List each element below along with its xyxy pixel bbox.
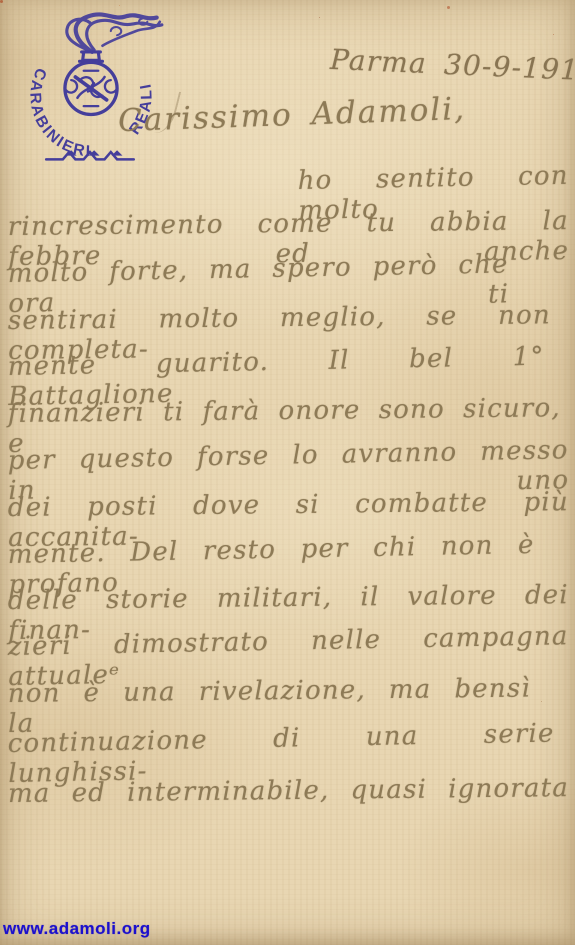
dateline: Parma 30-9-1917 <box>329 43 566 86</box>
letter-line: ma ed interminabile, quasi ignorata <box>8 773 569 809</box>
letter-page: CARABINIERI REALI Parma 30-9-1917 Cariss… <box>0 0 575 945</box>
flaming-grenade-icon <box>67 14 162 51</box>
carabinieri-reali-stamp: CARABINIERI REALI <box>12 4 170 176</box>
watermark: www.adamoli.org <box>3 919 151 939</box>
paper-specks <box>0 0 3 3</box>
